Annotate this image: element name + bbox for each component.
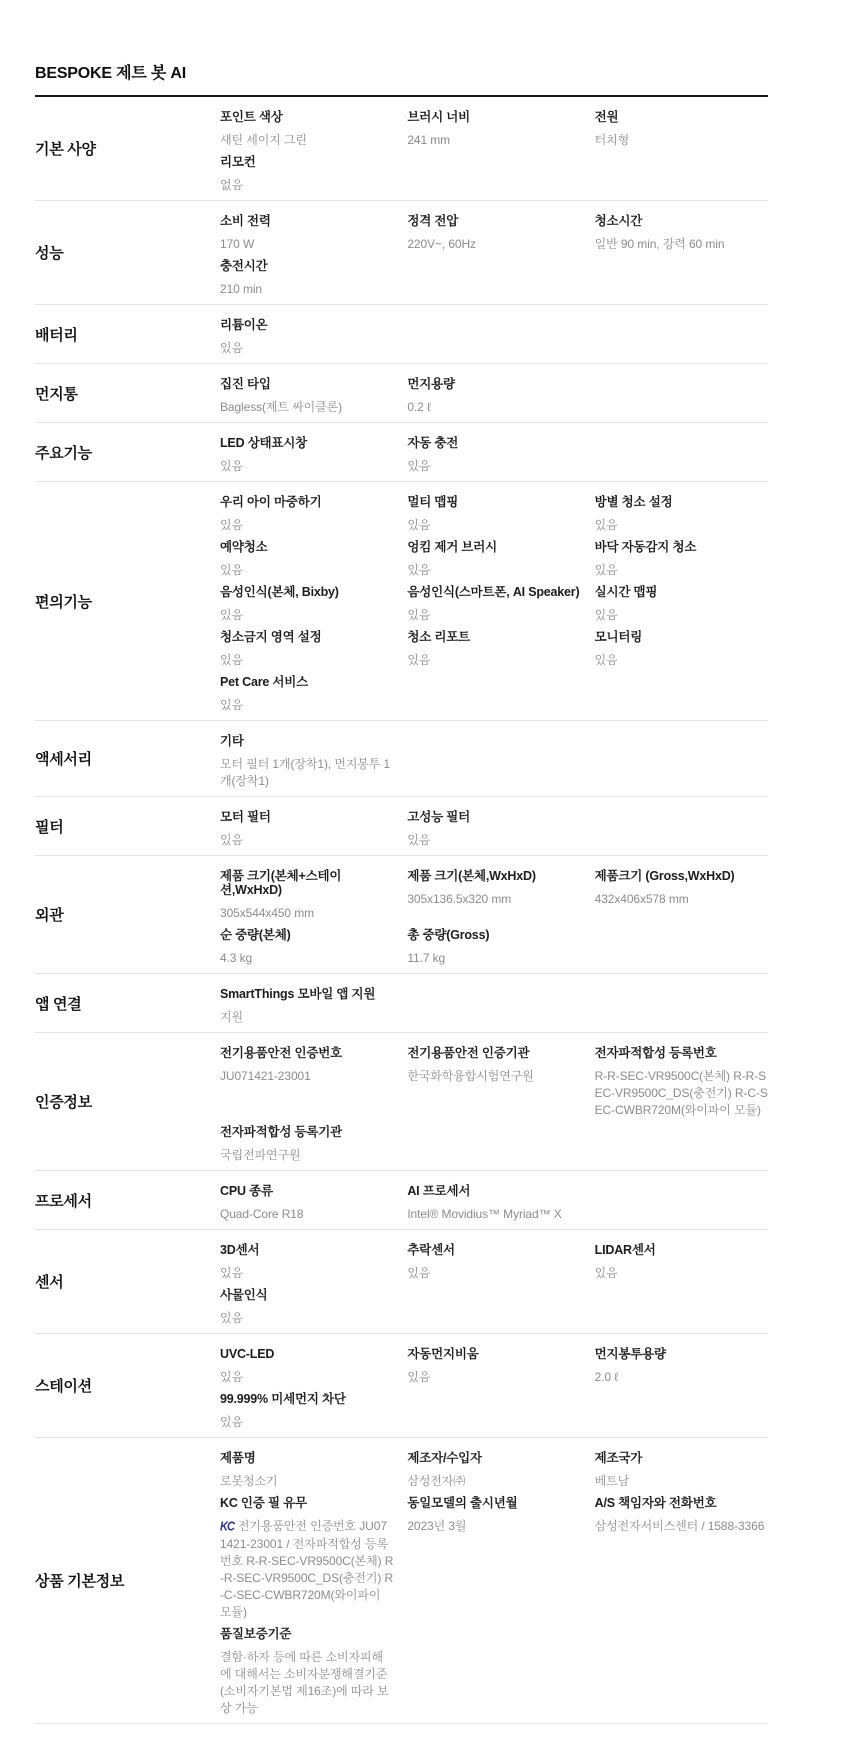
section-body: 제품 크기(본체+스테이션,WxHxD)305x544x450 mm제품 크기(…	[220, 869, 768, 973]
spec-value: Intel® Movidius™ Myriad™ X	[407, 1206, 580, 1223]
spec-label: 기타	[220, 734, 393, 748]
spec-value: 241 mm	[407, 132, 580, 149]
spec-label: 품질보증기준	[220, 1627, 393, 1641]
spec-value: 있음	[220, 517, 393, 534]
spec-label: 청소 리포트	[407, 630, 580, 644]
spec-label: 자동먼지비움	[407, 1347, 580, 1361]
spec-item: 순 중량(본체)4.3 kg	[220, 928, 393, 967]
section-category-label: 스테이션	[35, 1347, 220, 1437]
section-category-label: 필터	[35, 810, 220, 855]
spec-row: 집진 타입Bagless(제트 싸이클론)먼지용량0.2 ℓ	[220, 377, 768, 422]
spec-item: 전원터치형	[595, 110, 768, 149]
spec-label: 고성능 필터	[407, 810, 580, 824]
spec-value: 새틴 세이지 그린	[220, 132, 393, 149]
spec-row: 우리 아이 마중하기있음멀티 맵핑있음방별 청소 설정있음	[220, 495, 768, 540]
kc-mark-icon: KC	[220, 1518, 234, 1538]
spec-label: 전원	[595, 110, 768, 124]
spec-value: 모터 필터 1개(장착1), 먼지봉투 1개(장착1)	[220, 756, 393, 790]
spec-label: 모니터링	[595, 630, 768, 644]
spec-section-app-connect: 앱 연결SmartThings 모바일 앱 지원지원	[35, 974, 768, 1033]
spec-value: 베트남	[595, 1473, 768, 1490]
spec-value: 있음	[595, 652, 768, 669]
spec-label: LED 상태표시창	[220, 436, 393, 450]
spec-value: 있음	[220, 607, 393, 624]
spec-item: LED 상태표시창있음	[220, 436, 393, 475]
spec-item: 모니터링있음	[595, 630, 768, 669]
spec-row: 3D센서있음추락센서있음LIDAR센서있음	[220, 1243, 768, 1288]
spec-row: 리모컨없음	[220, 155, 768, 200]
spec-row: 모터 필터있음고성능 필터있음	[220, 810, 768, 855]
spec-item: 99.999% 미세먼지 차단있음	[220, 1392, 393, 1431]
spec-label: 방별 청소 설정	[595, 495, 768, 509]
spec-value: 있음	[407, 607, 580, 624]
spec-label: 청소금지 영역 설정	[220, 630, 393, 644]
spec-item: 자동 충전있음	[407, 436, 580, 475]
spec-value: 있음	[220, 1310, 393, 1327]
spec-value: 2023년 3월	[407, 1518, 580, 1535]
spec-value: 결함·하자 등에 따른 소비자피해에 대해서는 소비자분쟁해결기준(소비자기본법…	[220, 1649, 393, 1717]
spec-item: 전기용품안전 인증번호JU071421-23001	[220, 1046, 393, 1119]
spec-section-product-info: 상품 기본정보제품명로봇청소기제조자/수입자삼성전자㈜제조국가베트남KC 인증 …	[35, 1438, 768, 1724]
spec-row: 예약청소있음엉킴 제거 브러시있음바닥 자동감지 청소있음	[220, 540, 768, 585]
spec-label: CPU 종류	[220, 1184, 393, 1198]
spec-value: 305x544x450 mm	[220, 905, 393, 922]
spec-label: 전기용품안전 인증번호	[220, 1046, 393, 1060]
spec-item: 청소 리포트있음	[407, 630, 580, 669]
spec-item: 음성인식(본체, Bixby)있음	[220, 585, 393, 624]
spec-label: 음성인식(스마트폰, AI Speaker)	[407, 585, 580, 599]
spec-value: 4.3 kg	[220, 950, 393, 967]
section-category-label: 상품 기본정보	[35, 1451, 220, 1723]
spec-row: 포인트 색상새틴 세이지 그린브러시 너비241 mm전원터치형	[220, 110, 768, 155]
spec-item: 우리 아이 마중하기있음	[220, 495, 393, 534]
spec-value: 있음	[407, 562, 580, 579]
spec-value: 삼성전자서비스센터 / 1588-3366	[595, 1518, 768, 1535]
spec-label: 동일모델의 출시년월	[407, 1496, 580, 1510]
spec-value: 있음	[595, 517, 768, 534]
spec-section-filter: 필터모터 필터있음고성능 필터있음	[35, 797, 768, 856]
spec-section-performance: 성능소비 전력170 W정격 전압220V~, 60Hz청소시간일반 90 mi…	[35, 201, 768, 305]
spec-label: 순 중량(본체)	[220, 928, 393, 942]
spec-row: 리튬이온있음	[220, 318, 768, 363]
spec-item: 품질보증기준결함·하자 등에 따른 소비자피해에 대해서는 소비자분쟁해결기준(…	[220, 1627, 393, 1717]
spec-section-sensor: 센서3D센서있음추락센서있음LIDAR센서있음사물인식있음	[35, 1230, 768, 1334]
spec-label: 소비 전력	[220, 214, 393, 228]
spec-section-processor: 프로세서CPU 종류Quad-Core R18AI 프로세서Intel® Mov…	[35, 1171, 768, 1230]
spec-value: 한국화학융합시험연구원	[407, 1068, 580, 1085]
spec-item: 포인트 색상새틴 세이지 그린	[220, 110, 393, 149]
spec-value: 305x136.5x320 mm	[407, 891, 580, 908]
spec-item: 제조자/수입자삼성전자㈜	[407, 1451, 580, 1490]
spec-value: 11.7 kg	[407, 950, 580, 967]
section-category-label: 인증정보	[35, 1046, 220, 1170]
spec-item: LIDAR센서있음	[595, 1243, 768, 1282]
spec-item: 먼지용량0.2 ℓ	[407, 377, 580, 416]
spec-item: 엉킴 제거 브러시있음	[407, 540, 580, 579]
spec-label: 멀티 맵핑	[407, 495, 580, 509]
spec-value: 있음	[220, 1369, 393, 1386]
spec-label: 충전시간	[220, 259, 393, 273]
spec-item: 전자파적합성 등록번호R-R-SEC-VR9500C(본체) R-R-SEC-V…	[595, 1046, 768, 1119]
spec-value: 있음	[407, 652, 580, 669]
spec-row: UVC-LED있음자동먼지비움있음먼지봉투용량2.0 ℓ	[220, 1347, 768, 1392]
spec-value: 220V~, 60Hz	[407, 236, 580, 253]
spec-label: 제품명	[220, 1451, 393, 1465]
spec-label: 제품크기 (Gross,WxHxD)	[595, 869, 768, 883]
spec-section-station: 스테이션UVC-LED있음자동먼지비움있음먼지봉투용량2.0 ℓ99.999% …	[35, 1334, 768, 1438]
section-body: 3D센서있음추락센서있음LIDAR센서있음사물인식있음	[220, 1243, 768, 1333]
spec-row: LED 상태표시창있음자동 충전있음	[220, 436, 768, 481]
spec-label: Pet Care 서비스	[220, 675, 393, 689]
section-category-label: 먼지통	[35, 377, 220, 422]
section-category-label: 성능	[35, 214, 220, 304]
spec-item: 총 중량(Gross)11.7 kg	[407, 928, 580, 967]
spec-item: 전자파적합성 등록기관국립전파연구원	[220, 1125, 393, 1164]
spec-value: 있음	[407, 832, 580, 849]
spec-value: 있음	[220, 1265, 393, 1282]
spec-value: 일반 90 min, 강력 60 min	[595, 236, 768, 253]
spec-row: 전기용품안전 인증번호JU071421-23001전기용품안전 인증기관한국화학…	[220, 1046, 768, 1125]
spec-value: 있음	[220, 832, 393, 849]
spec-item: 사물인식있음	[220, 1288, 393, 1327]
spec-label: 제조국가	[595, 1451, 768, 1465]
spec-item: AI 프로세서Intel® Movidius™ Myriad™ X	[407, 1184, 580, 1223]
spec-value: Bagless(제트 싸이클론)	[220, 399, 393, 416]
section-category-label: 편의기능	[35, 495, 220, 720]
section-category-label: 배터리	[35, 318, 220, 363]
spec-item: 청소금지 영역 설정있음	[220, 630, 393, 669]
spec-item: Pet Care 서비스있음	[220, 675, 393, 714]
spec-section-certification: 인증정보전기용품안전 인증번호JU071421-23001전기용품안전 인증기관…	[35, 1033, 768, 1171]
spec-row: 기타모터 필터 1개(장착1), 먼지봉투 1개(장착1)	[220, 734, 768, 796]
spec-value: 있음	[407, 1369, 580, 1386]
spec-label: 추락센서	[407, 1243, 580, 1257]
spec-item: 바닥 자동감지 청소있음	[595, 540, 768, 579]
spec-value: 있음	[220, 697, 393, 714]
spec-label: 먼지용량	[407, 377, 580, 391]
spec-section-main-features: 주요기능LED 상태표시창있음자동 충전있음	[35, 423, 768, 482]
spec-value: 있음	[407, 458, 580, 475]
spec-item: 고성능 필터있음	[407, 810, 580, 849]
spec-item: 집진 타입Bagless(제트 싸이클론)	[220, 377, 393, 416]
spec-section-dustbin: 먼지통집진 타입Bagless(제트 싸이클론)먼지용량0.2 ℓ	[35, 364, 768, 423]
spec-value: R-R-SEC-VR9500C(본체) R-R-SEC-VR9500C_DS(충…	[595, 1068, 768, 1119]
spec-row: 제품명로봇청소기제조자/수입자삼성전자㈜제조국가베트남	[220, 1451, 768, 1496]
spec-value: 2.0 ℓ	[595, 1369, 768, 1386]
spec-row: KC 인증 필 유무KC전기용품안전 인증번호 JU071421-23001 /…	[220, 1496, 768, 1627]
spec-item: 기타모터 필터 1개(장착1), 먼지봉투 1개(장착1)	[220, 734, 393, 790]
spec-label: 총 중량(Gross)	[407, 928, 580, 942]
spec-item: 리튬이온있음	[220, 318, 393, 357]
spec-row: 소비 전력170 W정격 전압220V~, 60Hz청소시간일반 90 min,…	[220, 214, 768, 259]
spec-item: KC 인증 필 유무KC전기용품안전 인증번호 JU071421-23001 /…	[220, 1496, 393, 1621]
spec-section-exterior: 외관제품 크기(본체+스테이션,WxHxD)305x544x450 mm제품 크…	[35, 856, 768, 974]
section-body: 기타모터 필터 1개(장착1), 먼지봉투 1개(장착1)	[220, 734, 768, 796]
section-category-label: 주요기능	[35, 436, 220, 481]
section-category-label: 앱 연결	[35, 987, 220, 1032]
section-category-label: 외관	[35, 869, 220, 973]
spec-label: 제품 크기(본체,WxHxD)	[407, 869, 580, 883]
section-body: UVC-LED있음자동먼지비움있음먼지봉투용량2.0 ℓ99.999% 미세먼지…	[220, 1347, 768, 1437]
spec-value: 로봇청소기	[220, 1473, 393, 1490]
spec-label: 음성인식(본체, Bixby)	[220, 585, 393, 599]
spec-label: 실시간 맵핑	[595, 585, 768, 599]
spec-item: 전기용품안전 인증기관한국화학융합시험연구원	[407, 1046, 580, 1119]
section-category-label: 액세서리	[35, 734, 220, 796]
spec-label: 자동 충전	[407, 436, 580, 450]
spec-value: Quad-Core R18	[220, 1206, 393, 1223]
spec-value: 터치형	[595, 132, 768, 149]
product-spec-page: BESPOKE 제트 봇 AI 기본 사양포인트 색상새틴 세이지 그린브러시 …	[0, 0, 860, 1764]
spec-item: 제품크기 (Gross,WxHxD)432x406x578 mm	[595, 869, 768, 922]
spec-label: 리모컨	[220, 155, 393, 169]
section-category-label: 센서	[35, 1243, 220, 1333]
spec-label: 제조자/수입자	[407, 1451, 580, 1465]
spec-label: LIDAR센서	[595, 1243, 768, 1257]
spec-item: 동일모델의 출시년월2023년 3월	[407, 1496, 580, 1621]
spec-value: 있음	[220, 652, 393, 669]
section-body: 전기용품안전 인증번호JU071421-23001전기용품안전 인증기관한국화학…	[220, 1046, 768, 1170]
spec-label: 제품 크기(본체+스테이션,WxHxD)	[220, 869, 393, 897]
spec-label: AI 프로세서	[407, 1184, 580, 1198]
spec-label: 리튬이온	[220, 318, 393, 332]
spec-item: 멀티 맵핑있음	[407, 495, 580, 534]
spec-label: 엉킴 제거 브러시	[407, 540, 580, 554]
section-body: 제품명로봇청소기제조자/수입자삼성전자㈜제조국가베트남KC 인증 필 유무KC전…	[220, 1451, 768, 1723]
spec-label: 전자파적합성 등록기관	[220, 1125, 393, 1139]
spec-label: 브러시 너비	[407, 110, 580, 124]
spec-label: 청소시간	[595, 214, 768, 228]
spec-label: 3D센서	[220, 1243, 393, 1257]
spec-value: JU071421-23001	[220, 1068, 393, 1085]
spec-section-basic: 기본 사양포인트 색상새틴 세이지 그린브러시 너비241 mm전원터치형리모컨…	[35, 97, 768, 201]
spec-item: 소비 전력170 W	[220, 214, 393, 253]
spec-row: 제품 크기(본체+스테이션,WxHxD)305x544x450 mm제품 크기(…	[220, 869, 768, 928]
section-body: 리튬이온있음	[220, 318, 768, 363]
spec-value: 432x406x578 mm	[595, 891, 768, 908]
section-body: CPU 종류Quad-Core R18AI 프로세서Intel® Movidiu…	[220, 1184, 768, 1229]
spec-value: 있음	[220, 340, 393, 357]
spec-row: 충전시간210 min	[220, 259, 768, 304]
spec-item: 방별 청소 설정있음	[595, 495, 768, 534]
spec-item: 모터 필터있음	[220, 810, 393, 849]
spec-row: 순 중량(본체)4.3 kg총 중량(Gross)11.7 kg	[220, 928, 768, 973]
spec-value: 있음	[220, 1414, 393, 1431]
section-body: SmartThings 모바일 앱 지원지원	[220, 987, 768, 1032]
spec-row: 음성인식(본체, Bixby)있음음성인식(스마트폰, AI Speaker)있…	[220, 585, 768, 630]
spec-section-battery: 배터리리튬이온있음	[35, 305, 768, 364]
spec-item: 자동먼지비움있음	[407, 1347, 580, 1386]
spec-row: 99.999% 미세먼지 차단있음	[220, 1392, 768, 1437]
spec-item: 실시간 맵핑있음	[595, 585, 768, 624]
spec-value: 있음	[220, 562, 393, 579]
section-body: 포인트 색상새틴 세이지 그린브러시 너비241 mm전원터치형리모컨없음	[220, 110, 768, 200]
spec-item: 제품 크기(본체+스테이션,WxHxD)305x544x450 mm	[220, 869, 393, 922]
spec-item: 먼지봉투용량2.0 ℓ	[595, 1347, 768, 1386]
spec-label: 우리 아이 마중하기	[220, 495, 393, 509]
spec-item: 제조국가베트남	[595, 1451, 768, 1490]
spec-value: 0.2 ℓ	[407, 399, 580, 416]
spec-section-convenience: 편의기능우리 아이 마중하기있음멀티 맵핑있음방별 청소 설정있음예약청소있음엉…	[35, 482, 768, 721]
spec-label: 먼지봉투용량	[595, 1347, 768, 1361]
spec-table: 기본 사양포인트 색상새틴 세이지 그린브러시 너비241 mm전원터치형리모컨…	[35, 97, 768, 1724]
spec-item: SmartThings 모바일 앱 지원지원	[220, 987, 393, 1026]
spec-value: 없음	[220, 177, 393, 194]
spec-item: 3D센서있음	[220, 1243, 393, 1282]
spec-label: A/S 책임자와 전화번호	[595, 1496, 768, 1510]
spec-label: 사물인식	[220, 1288, 393, 1302]
spec-label: 전자파적합성 등록번호	[595, 1046, 768, 1060]
section-body: 모터 필터있음고성능 필터있음	[220, 810, 768, 855]
spec-value: 있음	[595, 1265, 768, 1282]
spec-item: 브러시 너비241 mm	[407, 110, 580, 149]
spec-label: SmartThings 모바일 앱 지원	[220, 987, 393, 1001]
spec-label: 집진 타입	[220, 377, 393, 391]
spec-row: 품질보증기준결함·하자 등에 따른 소비자피해에 대해서는 소비자분쟁해결기준(…	[220, 1627, 768, 1723]
spec-label: 모터 필터	[220, 810, 393, 824]
spec-item: 청소시간일반 90 min, 강력 60 min	[595, 214, 768, 253]
spec-item: 예약청소있음	[220, 540, 393, 579]
spec-label: 예약청소	[220, 540, 393, 554]
spec-item: 제품 크기(본체,WxHxD)305x136.5x320 mm	[407, 869, 580, 922]
spec-value: 있음	[595, 607, 768, 624]
spec-item: 충전시간210 min	[220, 259, 393, 298]
spec-value: 있음	[220, 458, 393, 475]
spec-value: 170 W	[220, 236, 393, 253]
section-category-label: 기본 사양	[35, 110, 220, 200]
spec-item: A/S 책임자와 전화번호삼성전자서비스센터 / 1588-3366	[595, 1496, 768, 1621]
spec-row: 전자파적합성 등록기관국립전파연구원	[220, 1125, 768, 1170]
spec-row: CPU 종류Quad-Core R18AI 프로세서Intel® Movidiu…	[220, 1184, 768, 1229]
spec-label: 바닥 자동감지 청소	[595, 540, 768, 554]
spec-item: 음성인식(스마트폰, AI Speaker)있음	[407, 585, 580, 624]
spec-label: 99.999% 미세먼지 차단	[220, 1392, 393, 1406]
spec-section-accessories: 액세서리기타모터 필터 1개(장착1), 먼지봉투 1개(장착1)	[35, 721, 768, 797]
section-body: 집진 타입Bagless(제트 싸이클론)먼지용량0.2 ℓ	[220, 377, 768, 422]
spec-row: 사물인식있음	[220, 1288, 768, 1333]
spec-label: KC 인증 필 유무	[220, 1496, 393, 1510]
spec-item: 제품명로봇청소기	[220, 1451, 393, 1490]
spec-value: 있음	[407, 1265, 580, 1282]
section-body: LED 상태표시창있음자동 충전있음	[220, 436, 768, 481]
spec-label: 포인트 색상	[220, 110, 393, 124]
spec-item: UVC-LED있음	[220, 1347, 393, 1386]
spec-label: UVC-LED	[220, 1347, 393, 1361]
spec-value: KC전기용품안전 인증번호 JU071421-23001 / 전자파적합성 등록…	[220, 1518, 393, 1621]
spec-value: 있음	[595, 562, 768, 579]
spec-value: 210 min	[220, 281, 393, 298]
spec-item: 리모컨없음	[220, 155, 393, 194]
spec-row: 청소금지 영역 설정있음청소 리포트있음모니터링있음	[220, 630, 768, 675]
spec-row: SmartThings 모바일 앱 지원지원	[220, 987, 768, 1032]
page-title: BESPOKE 제트 봇 AI	[35, 60, 768, 97]
spec-label: 정격 전압	[407, 214, 580, 228]
spec-value: 국립전파연구원	[220, 1147, 393, 1164]
section-category-label: 프로세서	[35, 1184, 220, 1229]
section-body: 소비 전력170 W정격 전압220V~, 60Hz청소시간일반 90 min,…	[220, 214, 768, 304]
spec-label: 전기용품안전 인증기관	[407, 1046, 580, 1060]
spec-value: 지원	[220, 1009, 393, 1026]
spec-item: 정격 전압220V~, 60Hz	[407, 214, 580, 253]
section-body: 우리 아이 마중하기있음멀티 맵핑있음방별 청소 설정있음예약청소있음엉킴 제거…	[220, 495, 768, 720]
spec-row: Pet Care 서비스있음	[220, 675, 768, 720]
spec-item: CPU 종류Quad-Core R18	[220, 1184, 393, 1223]
spec-value: 있음	[407, 517, 580, 534]
spec-value: 삼성전자㈜	[407, 1473, 580, 1490]
spec-item: 추락센서있음	[407, 1243, 580, 1282]
